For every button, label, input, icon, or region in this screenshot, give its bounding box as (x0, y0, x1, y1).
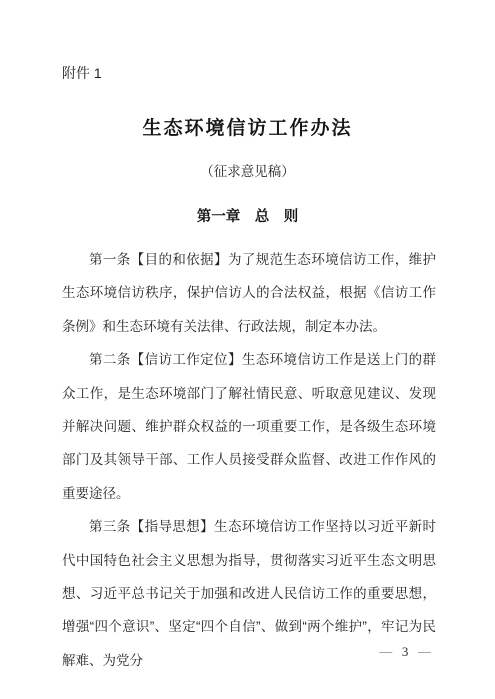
attachment-label: 附件 1 (62, 63, 102, 83)
footer-dash-right: — (418, 644, 431, 659)
page-number: 3 (402, 644, 409, 659)
document-subtitle: （征求意见稿） (0, 162, 495, 182)
paragraph-article-1: 第一条【目的和依据】为了规范生态环境信访工作，维护生态环境信访秩序，保护信访人的… (62, 243, 436, 343)
footer-dash-left: — (379, 644, 392, 659)
document-page: 附件 1 生态环境信访工作办法 （征求意见稿） 第一章 总 则 第一条【目的和依… (0, 0, 495, 699)
document-body: 第一条【目的和依据】为了规范生态环境信访工作，维护生态环境信访秩序，保护信访人的… (62, 243, 436, 677)
document-title: 生态环境信访工作办法 (0, 116, 495, 142)
page-footer: — 3 — (379, 643, 431, 661)
chapter-heading: 第一章 总 则 (0, 207, 495, 228)
paragraph-article-2: 第二条【信访工作定位】生态环境信访工作是送上门的群众工作，是生态环境部门了解社情… (62, 343, 436, 510)
